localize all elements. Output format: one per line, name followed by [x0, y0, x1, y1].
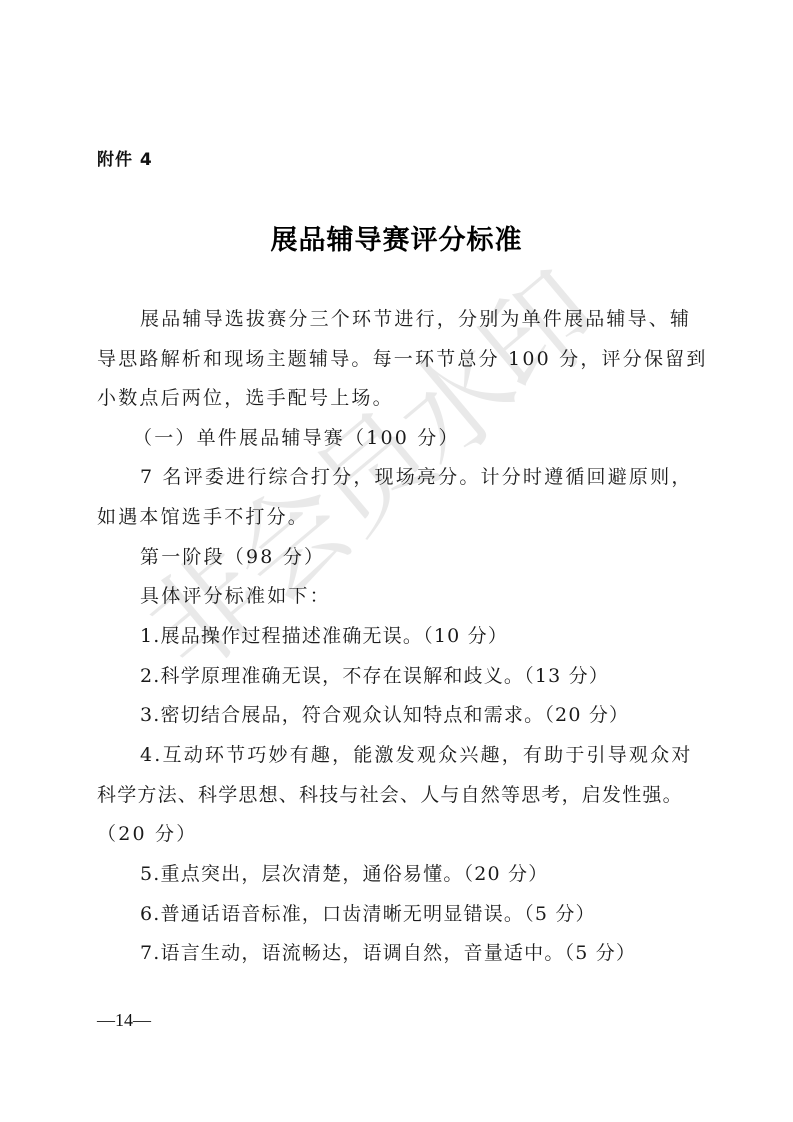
section-para-line-1: 7 名评委进行综合打分，现场亮分。计分时遵循回避原则， — [140, 464, 740, 490]
criterion-2: 2.科学原理准确无误，不存在误解和歧义。（13 分） — [140, 663, 740, 689]
criterion-4-line-2: 科学方法、科学思想、科技与社会、人与自然等思考，启发性强。 — [97, 782, 697, 808]
document-page: 非会员水印 附件 4 展品辅导赛评分标准 展品辅导选拔赛分三个环节进行，分别为单… — [0, 0, 793, 1122]
criteria-intro: 具体评分标准如下： — [140, 583, 740, 609]
stage-heading: 第一阶段（98 分） — [140, 544, 740, 570]
intro-line-3: 小数点后两位，选手配号上场。 — [97, 385, 697, 411]
criterion-4-line-1: 4.互动环节巧妙有趣，能激发观众兴趣，有助于引导观众对 — [140, 742, 740, 768]
intro-line-2: 导思路解析和现场主题辅导。每一环节总分 100 分，评分保留到 — [97, 346, 697, 372]
page-number: —14— — [97, 1010, 151, 1031]
intro-line-1: 展品辅导选拔赛分三个环节进行，分别为单件展品辅导、辅 — [140, 306, 740, 332]
section-heading: （一）单件展品辅导赛（100 分） — [133, 425, 733, 451]
criterion-5: 5.重点突出，层次清楚，通俗易懂。（20 分） — [140, 861, 740, 887]
attachment-label: 附件 4 — [97, 145, 153, 170]
section-para-line-2: 如遇本馆选手不打分。 — [97, 504, 697, 530]
document-title: 展品辅导赛评分标准 — [0, 218, 793, 257]
criterion-3: 3.密切结合展品，符合观众认知特点和需求。（20 分） — [140, 702, 740, 728]
criterion-4-line-3: （20 分） — [97, 821, 697, 847]
criterion-1: 1.展品操作过程描述准确无误。（10 分） — [140, 623, 740, 649]
criterion-7: 7.语言生动，语流畅达，语调自然，音量适中。（5 分） — [140, 940, 740, 966]
criterion-6: 6.普通话语音标准，口齿清晰无明显错误。（5 分） — [140, 901, 740, 927]
